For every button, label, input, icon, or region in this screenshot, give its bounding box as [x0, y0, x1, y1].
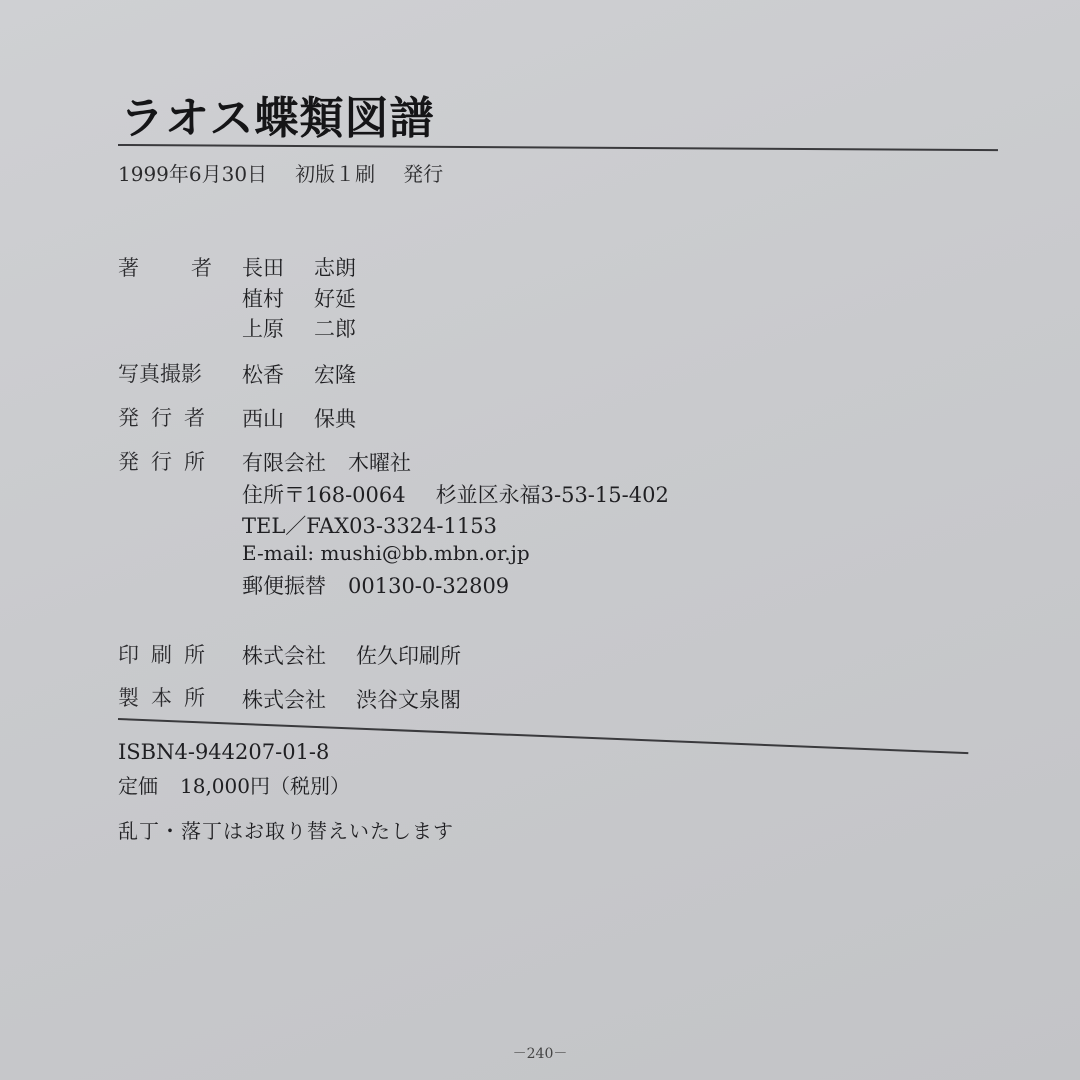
- replacement-notice: 乱丁・落丁はお取り替えいたします: [118, 815, 454, 844]
- publication-date: 1999年6月30日: [118, 162, 267, 186]
- binder-company-type: 株式会社: [242, 688, 326, 712]
- publisher-person-label: 発行者: [118, 402, 217, 432]
- photographer-given: 宏隆: [314, 363, 356, 387]
- author-2: 植村好延: [242, 283, 356, 313]
- author-3-family: 上原: [242, 317, 284, 341]
- author-3: 上原二郎: [242, 313, 356, 343]
- publisher-company-name: 木曜社: [348, 451, 411, 475]
- publisher-address-line: 住所〒168-0064杉並区永福3-53-15-402: [242, 479, 669, 509]
- publisher-label: 発行所: [118, 446, 217, 476]
- printer-company-name: 佐久印刷所: [356, 644, 461, 668]
- author-1-given: 志朗: [314, 256, 356, 280]
- postal-transfer-label: 郵便振替: [242, 574, 326, 598]
- author-2-given: 好延: [314, 287, 356, 311]
- publication-edition: 初版１刷: [295, 162, 375, 186]
- publisher-postal-transfer: 郵便振替00130-0-32809: [242, 570, 509, 600]
- binder-company-name: 渋谷文泉閣: [356, 688, 461, 712]
- price-line: 定価18,000円（税別）: [118, 770, 350, 799]
- author-2-family: 植村: [242, 287, 284, 311]
- author-1-family: 長田: [242, 256, 284, 280]
- photographer: 松香宏隆: [242, 359, 356, 389]
- title-divider: [118, 144, 998, 151]
- postal-transfer-number: 00130-0-32809: [348, 574, 509, 598]
- publisher-person: 西山保典: [242, 403, 356, 433]
- isbn: ISBN4-944207-01-8: [118, 740, 329, 764]
- publisher-tel-fax: TEL／FAX03-3324-1153: [242, 510, 497, 540]
- publisher-address: 杉並区永福3-53-15-402: [436, 483, 669, 507]
- publication-line: 1999年6月30日初版１刷発行: [118, 158, 471, 187]
- publisher-person-given: 保典: [314, 407, 356, 431]
- publisher-postal-code: 住所〒168-0064: [242, 483, 406, 507]
- price-value: 18,000円（税別）: [180, 774, 350, 798]
- photographer-family: 松香: [242, 363, 284, 387]
- publisher-company: 有限会社木曜社: [242, 447, 411, 477]
- printer: 株式会社佐久印刷所: [242, 640, 461, 670]
- photography-label: 写真撮影: [118, 358, 202, 388]
- printer-label: 印刷所: [118, 639, 217, 669]
- colophon-page: ラオス蝶類図譜 1999年6月30日初版１刷発行 著者 長田志朗 植村好延 上原…: [0, 0, 1080, 1080]
- book-title: ラオス蝶類図譜: [120, 82, 435, 146]
- publisher-company-type: 有限会社: [242, 451, 326, 475]
- page-number: －240－: [0, 1043, 1080, 1063]
- binder-label: 製本所: [118, 682, 217, 712]
- publisher-person-family: 西山: [242, 407, 284, 431]
- price-label: 定価: [118, 774, 158, 798]
- author-3-given: 二郎: [314, 317, 356, 341]
- author-1: 長田志朗: [242, 252, 356, 282]
- printer-company-type: 株式会社: [242, 644, 326, 668]
- publication-status: 発行: [403, 162, 443, 186]
- publisher-email: E-mail: mushi@bb.mbn.or.jp: [242, 541, 530, 565]
- binder: 株式会社渋谷文泉閣: [242, 684, 461, 714]
